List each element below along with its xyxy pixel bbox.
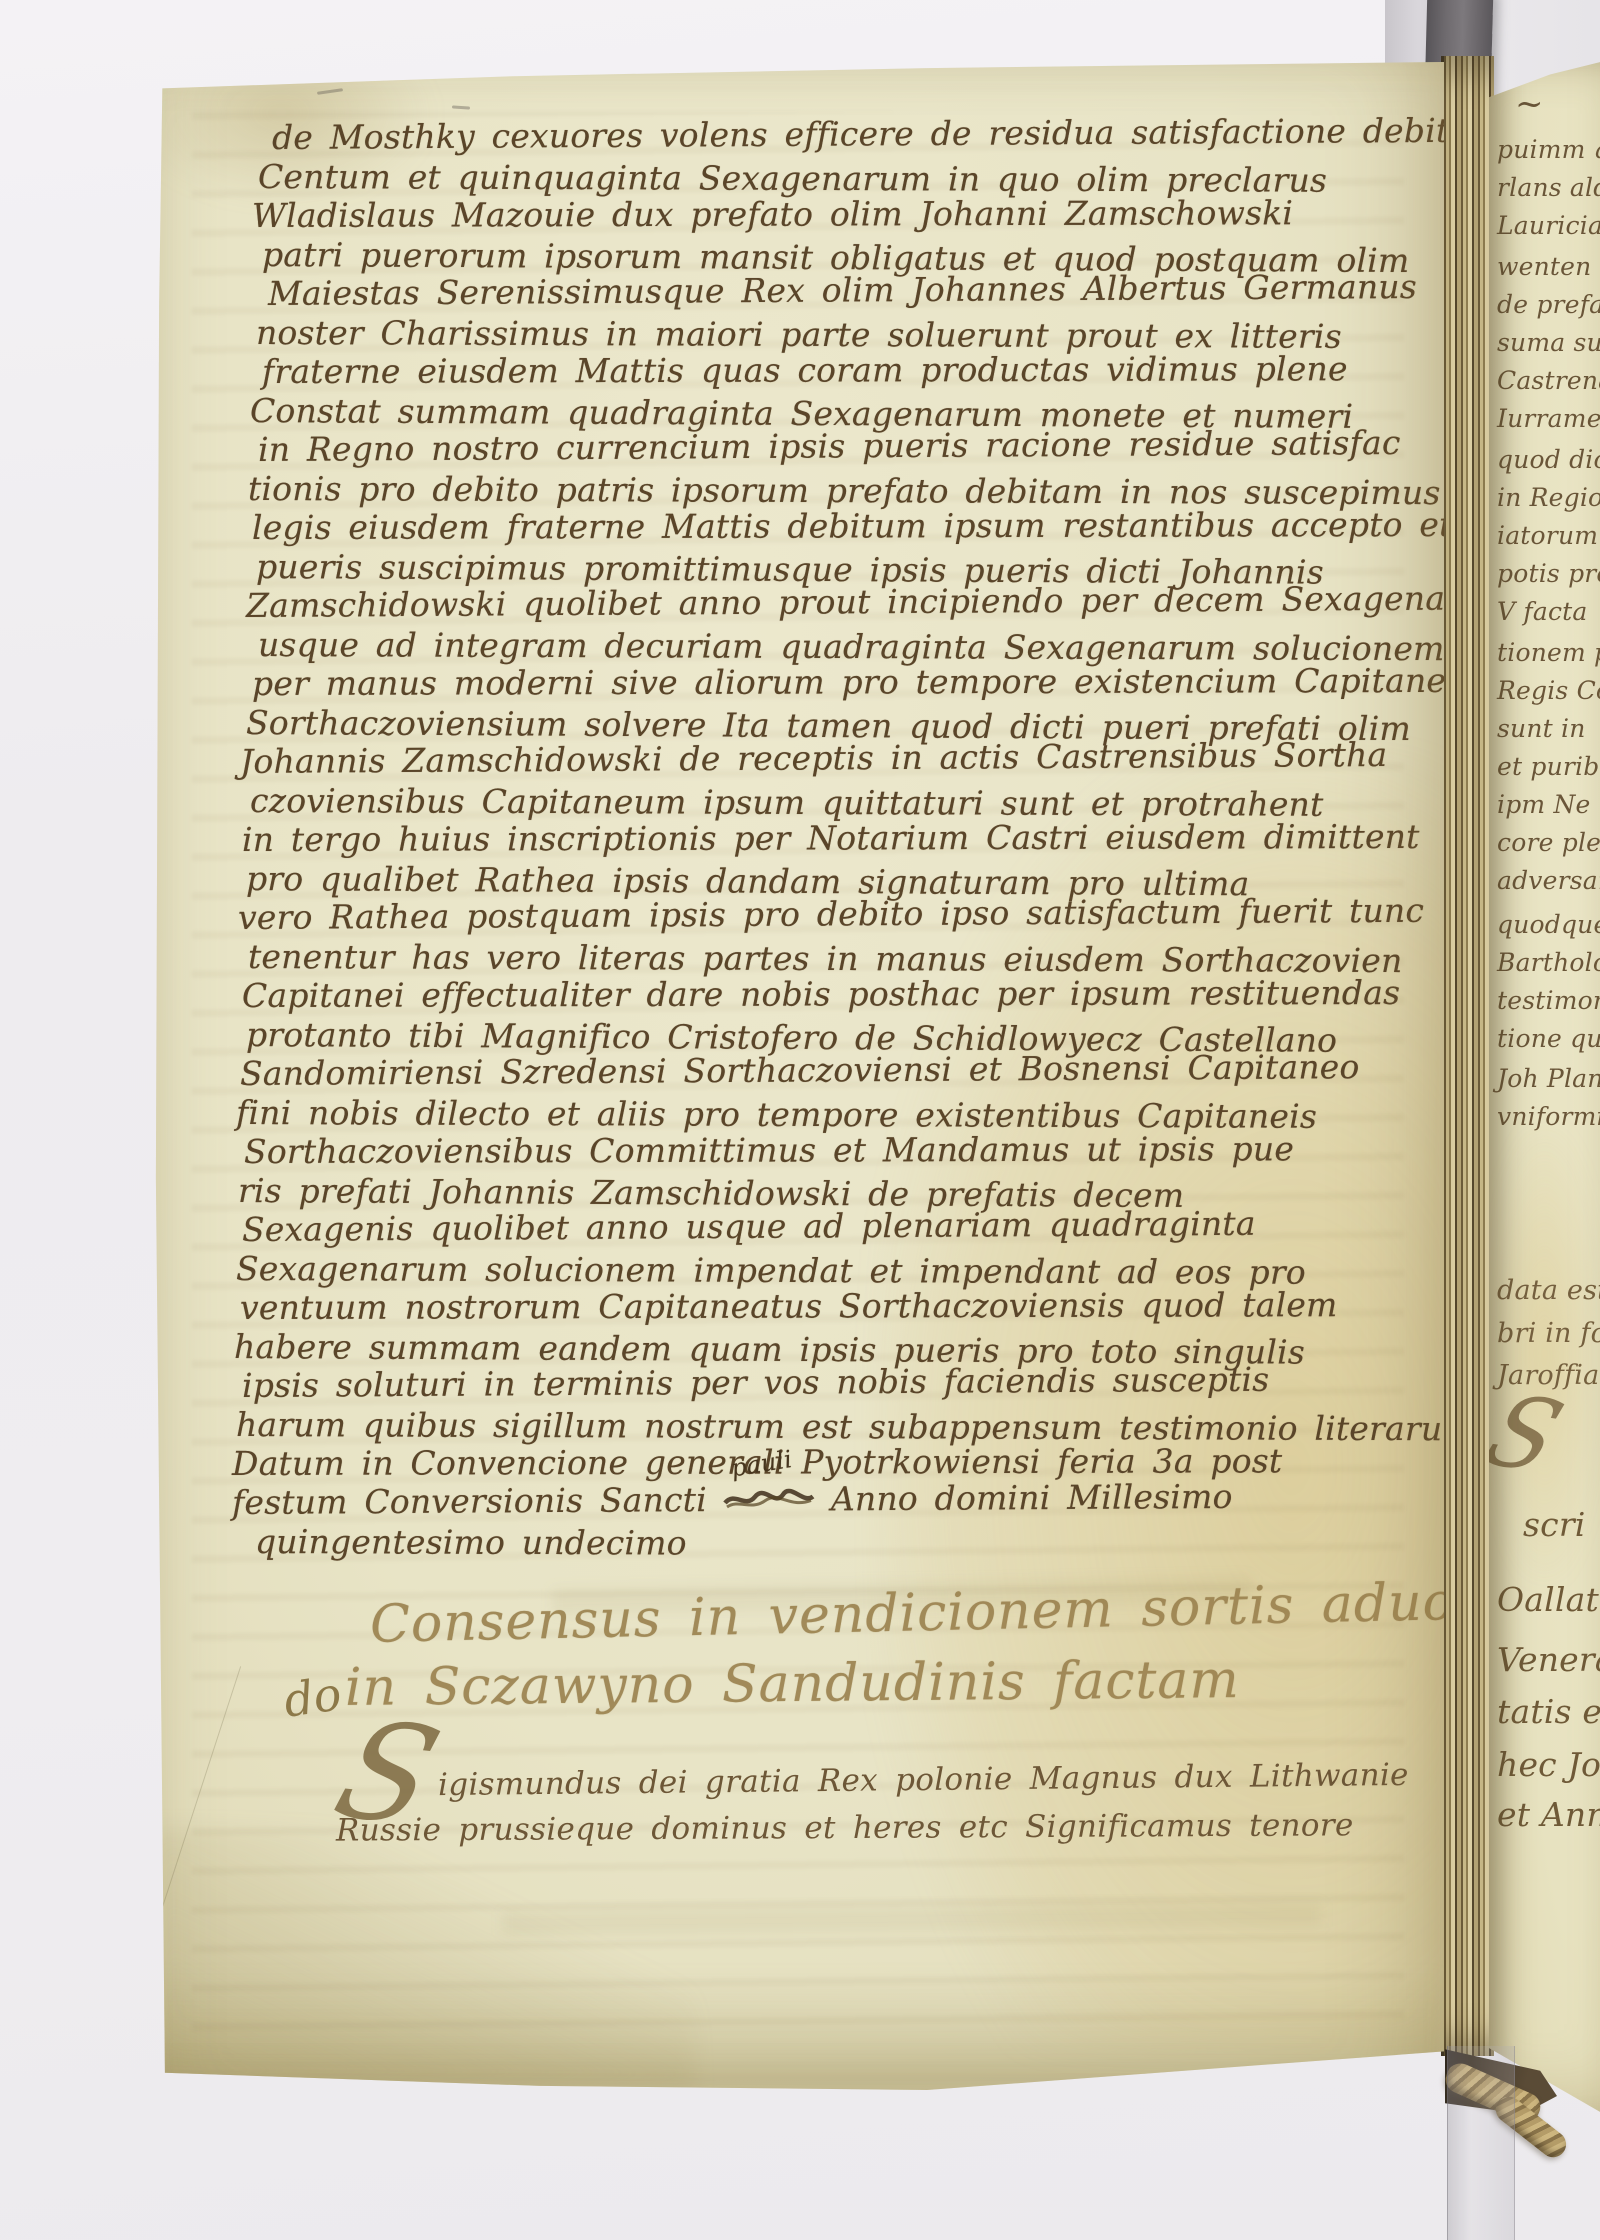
fragment-line: et puribus: [1497, 752, 1600, 781]
entry-heading-line-1: Consensus in vendicionem sortis aduocaci…: [370, 1569, 1444, 1655]
fragment-line: in Regio: [1497, 483, 1600, 512]
fragment-line: tione qua: [1497, 1024, 1600, 1053]
fragment-large-line: hec Johie: [1497, 1745, 1600, 1784]
manuscript-line: Sexagenis quolibet anno usque ad plenari…: [242, 1204, 1256, 1249]
manuscript-date-line: festum Conversionis Sancti pauli Anno do…: [232, 1477, 1233, 1522]
fragment-line: Joh Plan: [1497, 1064, 1600, 1093]
fragment-line: suma sua: [1497, 328, 1600, 357]
manuscript-line: vero Rathea postquam ipsis pro debito ip…: [238, 891, 1424, 937]
manuscript-line: Sandomiriensi Szredensi Sorthaczoviensi …: [240, 1047, 1360, 1093]
fragment-line: sunt in: [1497, 714, 1586, 743]
fragment-large-line: tatis ex: [1497, 1692, 1600, 1731]
fragment-date-line: data est li: [1497, 1275, 1600, 1306]
ghost-text-line: [502, 1903, 1322, 1936]
fragment-line: puimm q: [1497, 135, 1600, 164]
next-entry-line-1: igismundus dei gratia Rex polonie Magnus…: [438, 1757, 1409, 1803]
entry-heading-line-2: in Sczawyno Sandudinis factam: [345, 1650, 1240, 1718]
fragment-line: Lauriciad: [1497, 211, 1600, 240]
fragment-large-line: Oallatin: [1497, 1580, 1600, 1619]
paragraph-squiggle: ~: [1515, 84, 1544, 124]
fragment-line: wenten o: [1497, 252, 1600, 281]
fragment-line: adversar: [1497, 866, 1600, 895]
stain-bottom-left: [152, 1828, 695, 2092]
fragment-line: Castrena 2: [1497, 366, 1600, 395]
fragment-line: de prefata: [1497, 290, 1600, 319]
right-parchment-page-edge: ~ puimm q rlans ald Lauriciad wenten o d…: [1489, 56, 1600, 2116]
fragment-date-line: bri in fo: [1497, 1318, 1600, 1349]
stain-bottom-edge: [152, 1970, 1444, 2092]
manuscript-line: de Mosthky cexuores volens efficere de r…: [272, 111, 1444, 157]
fragment-large-line: Venerabi: [1497, 1640, 1600, 1679]
date-line-after: Anno domini Millesimo: [831, 1477, 1233, 1518]
fragment-line: Bartholomi: [1497, 948, 1600, 977]
fragment-line: core plen: [1497, 828, 1600, 857]
manuscript-line: Sorthaczoviensibus Committimus et Mandam…: [244, 1129, 1294, 1171]
strikethrough-scribble: pauli: [723, 1479, 815, 1502]
manuscript-line: Capitanei effectualiter dare nobis posth…: [242, 973, 1400, 1015]
date-line-before: festum Conversionis Sancti: [232, 1480, 707, 1522]
fragment-line: tionem pl: [1497, 638, 1600, 667]
next-entry-line-2: Russie prussieque dominus et heres etc S…: [336, 1807, 1354, 1848]
surface-scratch: [160, 1666, 241, 1914]
manuscript-line: in tergo huius inscriptionis per Notariu…: [242, 817, 1420, 859]
fragment-line: Iurrameta: [1497, 404, 1600, 433]
book-gutter-page-edges: [1441, 56, 1494, 2056]
margin-registration-mark: do: [281, 1666, 345, 1727]
fragment-line: quod dicti: [1497, 445, 1600, 474]
fragment-large-line: et Anno S: [1497, 1795, 1600, 1834]
manuscript-line: Wladislaus Mazouie dux prefato olim Joha…: [252, 193, 1293, 235]
manuscript-line: quingentesimo undecimo: [255, 1522, 687, 1563]
manuscript-line: in Regno nostro currencium ipsis pueris …: [258, 423, 1401, 469]
pencil-mark: [452, 105, 470, 109]
fragment-line: Regis Co: [1497, 676, 1600, 705]
fragment-line: potis prefa: [1497, 559, 1600, 588]
left-parchment-page: de Mosthky cexuores volens efficere de r…: [152, 62, 1444, 2092]
manuscript-line: fraterne eiusdem Mattis quas coram produ…: [262, 349, 1348, 391]
pencil-mark: [317, 88, 343, 95]
fragment-line: ipm Ne: [1497, 790, 1591, 819]
manuscript-line: Zamschidowski quolibet anno prout incipi…: [246, 579, 1444, 625]
manuscript-line: Johannis Zamschidowski de receptis in ac…: [240, 735, 1388, 781]
manuscript-line: ipsis soluturi in terminis per vos nobis…: [242, 1360, 1270, 1405]
manuscript-line: legis eiusdem fraterne Mattis debitum ip…: [252, 505, 1444, 547]
fragment-large-line: scri: [1523, 1505, 1586, 1544]
fragment-line: testimoni: [1497, 986, 1600, 1015]
book-cradle-strip: [1447, 2046, 1515, 2240]
manuscript-line: ventuum nostrorum Capitaneatus Sorthaczo…: [240, 1285, 1338, 1327]
fragment-line: V facta: [1497, 597, 1588, 626]
scribble-strokes: [723, 1488, 815, 1511]
fragment-line: vniformi: [1497, 1102, 1600, 1131]
manuscript-photo: { "photo": { "backdrop_color": "#f1eff2"…: [0, 0, 1600, 2240]
fragment-line: iatorum: [1497, 521, 1598, 550]
fragment-line: rlans ald: [1497, 173, 1600, 202]
manuscript-line: per manus moderni sive aliorum pro tempo…: [252, 661, 1444, 703]
fragment-line: quodque: [1497, 910, 1600, 939]
manuscript-line: Maiestas Serenissimusque Rex olim Johann…: [268, 267, 1417, 313]
